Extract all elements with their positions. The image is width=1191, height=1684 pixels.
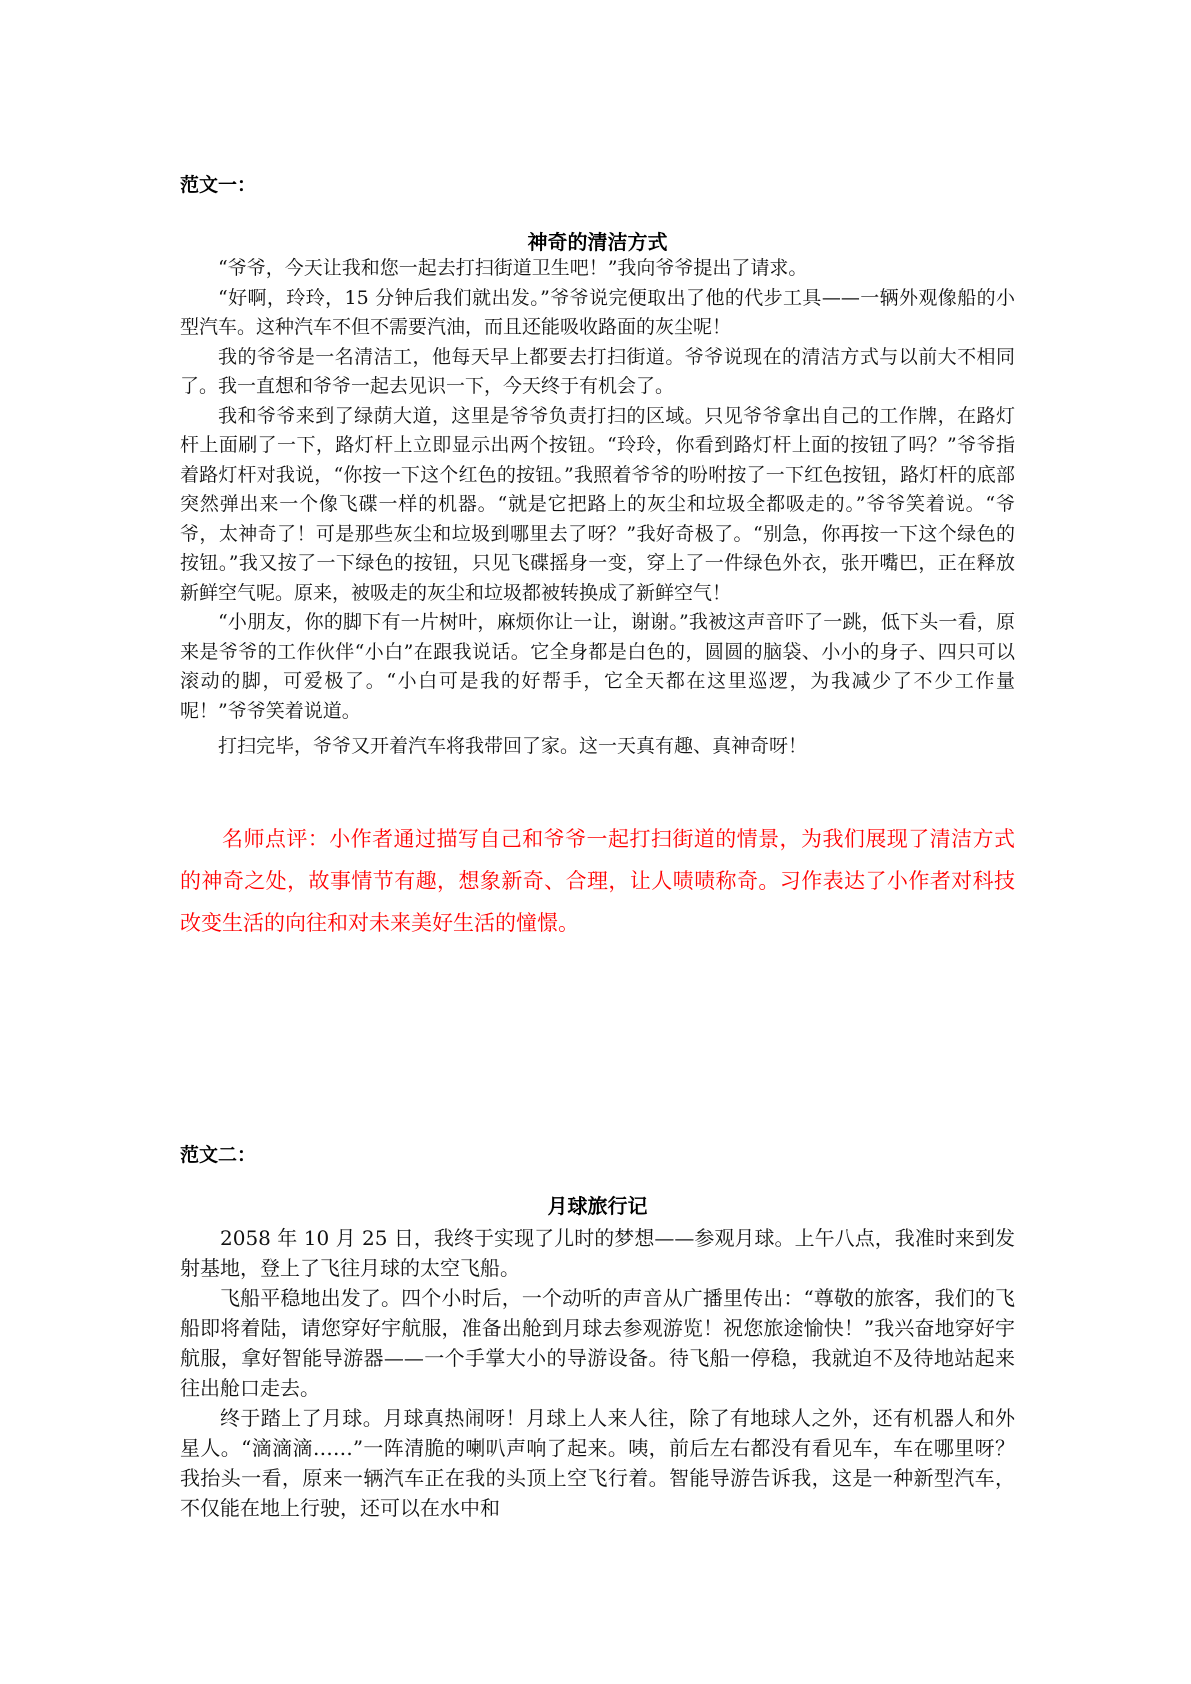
paragraph: “小朋友，你的脚下有一片树叶，麻烦你让一让，谢谢。”我被这声音吓了一跳，低下头一… [180,608,1015,726]
paragraph: 我和爷爷来到了绿荫大道，这里是爷爷负责打扫的区域。只见爷爷拿出自己的工作牌，在路… [180,402,1015,609]
paragraph: 打扫完毕，爷爷又开着汽车将我带回了家。这一天真有趣、真神奇呀！ [180,732,1015,762]
essay1-label: 范文一： [180,170,256,197]
paragraph: 我的爷爷是一名清洁工，他每天早上都要去打扫街道。爷爷说现在的清洁方式与以前大不相… [180,343,1015,402]
teacher-comment: 名师点评：小作者通过描写自己和爷爷一起打扫街道的情景，为我们展现了清洁方式的神奇… [180,818,1015,944]
paragraph: “好啊，玲玲，15 分钟后我们就出发。”爷爷说完便取出了他的代步工具——一辆外观… [180,284,1015,343]
paragraph: 2058 年 10 月 25 日，我终于实现了儿时的梦想——参观月球。上午八点，… [180,1223,1015,1283]
comment-text: 名师点评：小作者通过描写自己和爷爷一起打扫街道的情景，为我们展现了清洁方式的神奇… [180,818,1015,944]
essay2-label: 范文二： [180,1140,256,1167]
essay2-body: 2058 年 10 月 25 日，我终于实现了儿时的梦想——参观月球。上午八点，… [180,1223,1015,1523]
essay1-body: “爷爷，今天让我和您一起去打扫街道卫生吧！”我向爷爷提出了请求。 “好啊，玲玲，… [180,254,1015,762]
paragraph: “爷爷，今天让我和您一起去打扫街道卫生吧！”我向爷爷提出了请求。 [180,254,1015,284]
essay2-title: 月球旅行记 [180,1190,1015,1219]
document-page: 范文一： 神奇的清洁方式 “爷爷，今天让我和您一起去打扫街道卫生吧！”我向爷爷提… [0,0,1191,1684]
paragraph: 终于踏上了月球。月球真热闹呀！月球上人来人往，除了有地球人之外，还有机器人和外星… [180,1403,1015,1523]
paragraph: 飞船平稳地出发了。四个小时后，一个动听的声音从广播里传出：“尊敬的旅客，我们的飞… [180,1283,1015,1403]
essay1-title: 神奇的清洁方式 [180,226,1015,255]
